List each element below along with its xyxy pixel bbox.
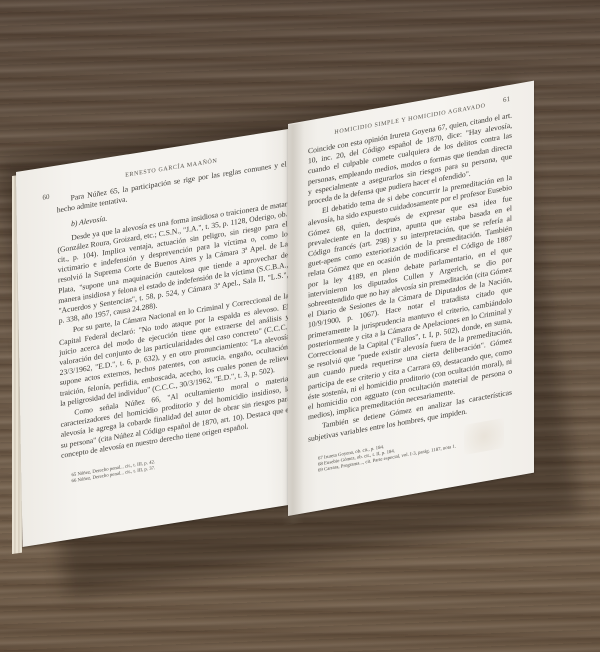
paragraph: El debatido tema de si debe concurrir la… xyxy=(308,173,512,423)
right-page: 61 Homicidio simple y homicidio agravado… xyxy=(288,81,534,516)
wooden-table-background: 60 Ernesto García Maañón Para Núñez 65, … xyxy=(0,0,600,652)
page-body: Coincide con esta opinión Irureta Goyena… xyxy=(308,111,512,445)
left-page: 60 Ernesto García Maañón Para Núñez 65, … xyxy=(16,127,311,548)
page-body: Para Núñez 65, la participación se rige … xyxy=(57,159,292,461)
